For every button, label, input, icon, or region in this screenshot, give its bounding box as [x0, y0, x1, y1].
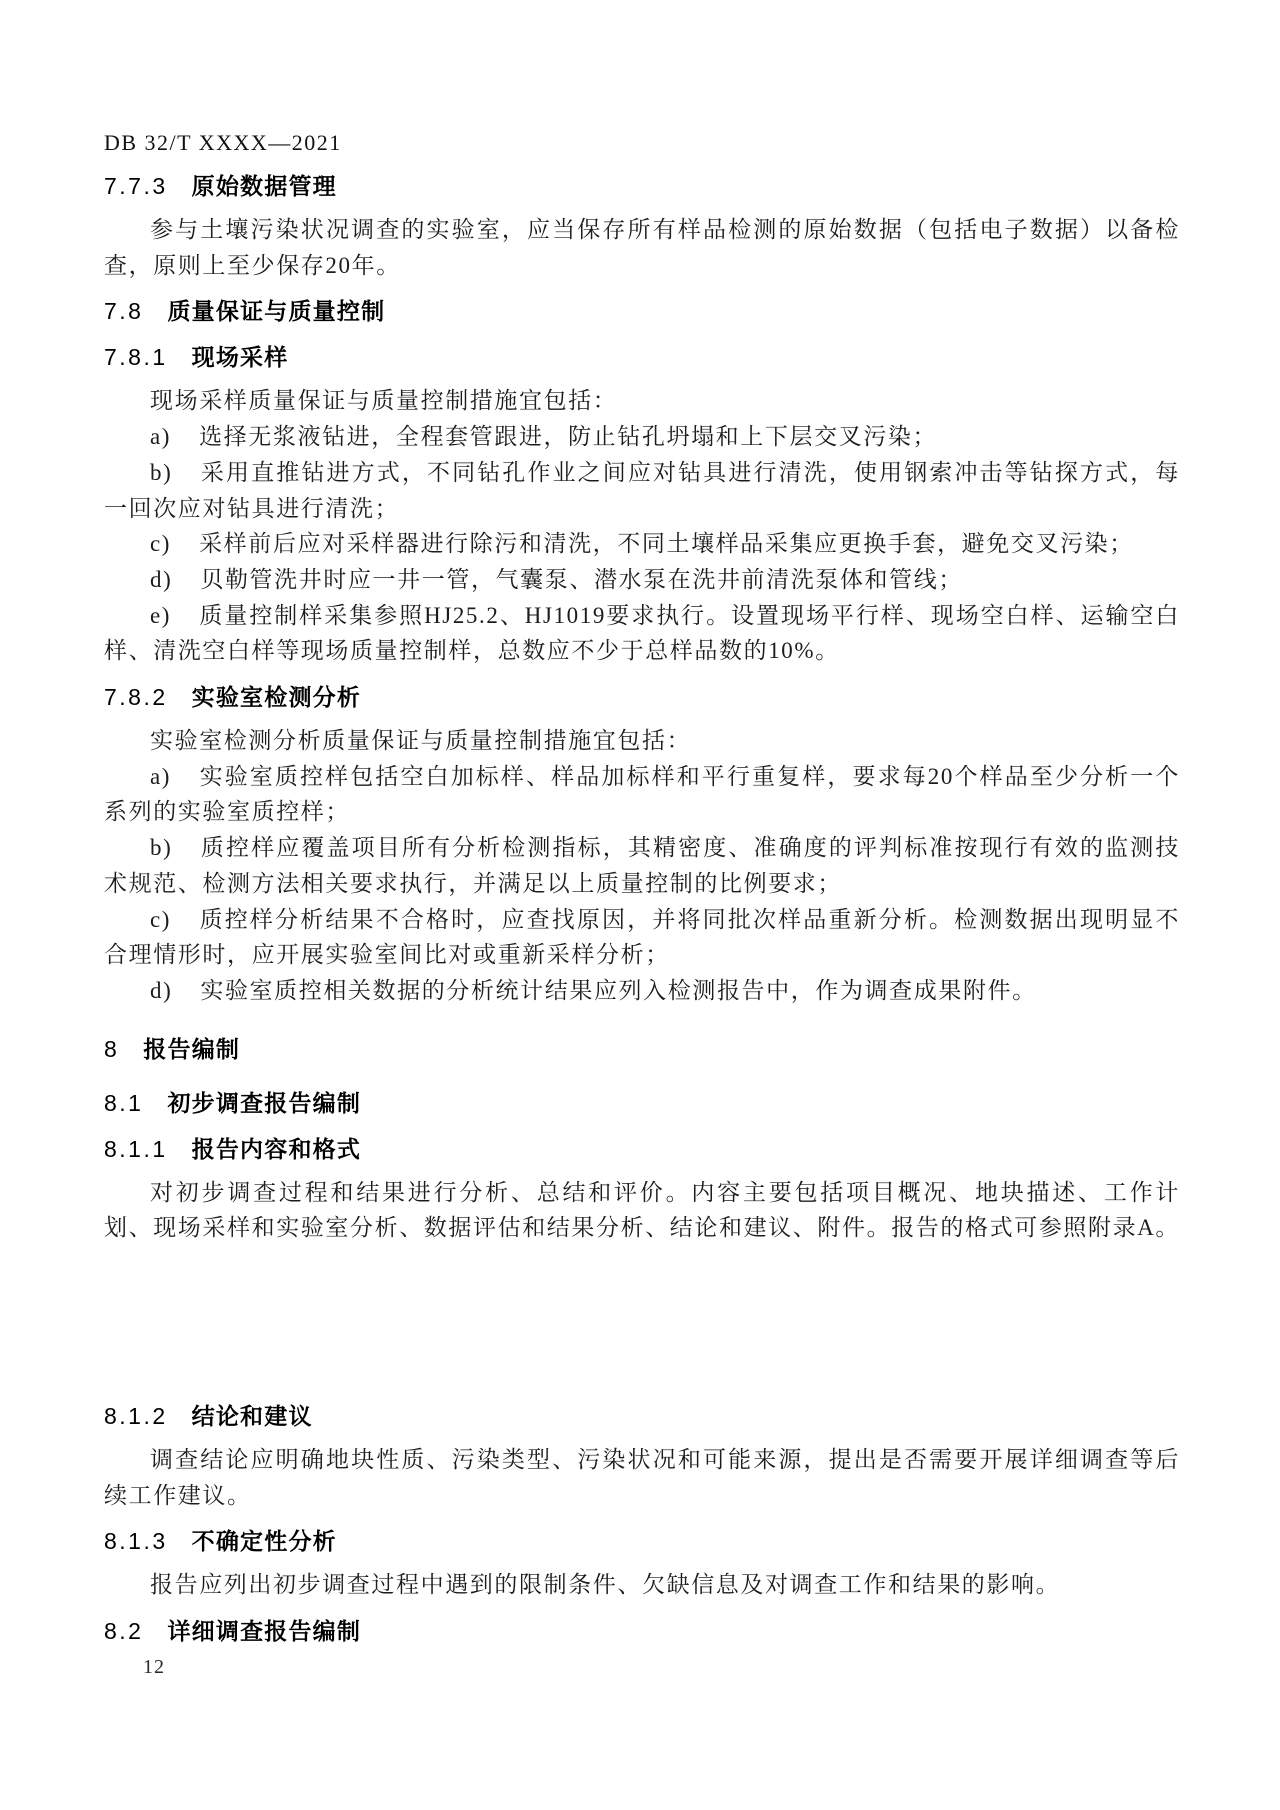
heading-number: 7.8	[104, 298, 143, 324]
list-item-b: b)质控样应覆盖项目所有分析检测指标，其精密度、准确度的评判标准按现行有效的监测…	[104, 830, 1180, 901]
paragraph: 调查结论应明确地块性质、污染类型、污染状况和可能来源，提出是否需要开展详细调查等…	[104, 1442, 1180, 1513]
heading-number: 8.1.1	[104, 1136, 168, 1162]
heading-number: 7.7.3	[104, 173, 168, 199]
heading-title: 报告编制	[143, 1036, 240, 1062]
list-marker: a)	[150, 764, 171, 789]
heading-title: 报告内容和格式	[192, 1136, 361, 1162]
list-item-c: c)质控样分析结果不合格时，应查找原因，并将同批次样品重新分析。检测数据出现明显…	[104, 902, 1180, 973]
heading-title: 结论和建议	[192, 1403, 313, 1429]
list-item-a: a)选择无浆液钻进，全程套管跟进，防止钻孔坍塌和上下层交叉污染；	[104, 419, 1180, 455]
heading-number: 8.1.2	[104, 1403, 168, 1429]
paragraph: 参与土壤污染状况调查的实验室，应当保存所有样品检测的原始数据（包括电子数据）以备…	[104, 212, 1180, 283]
heading-title: 现场采样	[192, 344, 289, 370]
list-marker: c)	[150, 907, 171, 932]
heading-number: 7.8.1	[104, 344, 168, 370]
list-item-c: c)采样前后应对采样器进行除污和清洗，不同土壤样品采集应更换手套，避免交叉污染；	[104, 526, 1180, 562]
list-item-a: a)实验室质控样包括空白加标样、样品加标样和平行重复样，要求每20个样品至少分析…	[104, 759, 1180, 830]
heading-8-2: 8.2详细调查报告编制	[104, 1613, 1180, 1649]
heading-title: 原始数据管理	[192, 173, 337, 199]
heading-7-8-2: 7.8.2实验室检测分析	[104, 679, 1180, 715]
list-marker: a)	[150, 424, 171, 449]
list-item-text: 质控样应覆盖项目所有分析检测指标，其精密度、准确度的评判标准按现行有效的监测技术…	[104, 835, 1180, 896]
paragraph: 对初步调查过程和结果进行分析、总结和评价。内容主要包括项目概况、地块描述、工作计…	[104, 1175, 1180, 1246]
list-item-e: e)质量控制样采集参照HJ25.2、HJ1019要求执行。设置现场平行样、现场空…	[104, 598, 1180, 669]
paragraph: 报告应列出初步调查过程中遇到的限制条件、欠缺信息及对调查工作和结果的影响。	[104, 1567, 1180, 1603]
heading-title: 质量保证与质量控制	[167, 298, 385, 324]
heading-7-8-1: 7.8.1现场采样	[104, 339, 1180, 375]
list-marker: d)	[150, 567, 172, 592]
paragraph-lead-in: 实验室检测分析质量保证与质量控制措施宜包括：	[104, 723, 1180, 759]
list-marker: e)	[150, 603, 171, 628]
heading-8-1-2: 8.1.2结论和建议	[104, 1398, 1180, 1434]
list-marker: b)	[150, 835, 172, 860]
heading-number: 8.1.3	[104, 1528, 168, 1554]
list-item-text: 质控样分析结果不合格时，应查找原因，并将同批次样品重新分析。检测数据出现明显不合…	[104, 907, 1180, 968]
list-item-text: 选择无浆液钻进，全程套管跟进，防止钻孔坍塌和上下层交叉污染；	[199, 424, 937, 449]
heading-title: 实验室检测分析	[192, 684, 361, 710]
list-item-text: 采用直推钻进方式，不同钻孔作业之间应对钻具进行清洗，使用钢索冲击等钻探方式，每一…	[104, 460, 1180, 521]
heading-7-8: 7.8质量保证与质量控制	[104, 293, 1180, 329]
paragraph-lead-in: 现场采样质量保证与质量控制措施宜包括：	[104, 383, 1180, 419]
heading-7-7-3: 7.7.3原始数据管理	[104, 168, 1180, 204]
list-marker: c)	[150, 531, 171, 556]
heading-8-1-3: 8.1.3不确定性分析	[104, 1523, 1180, 1559]
document-page: DB 32/T XXXX—2021 7.7.3原始数据管理 参与土壤污染状况调查…	[0, 0, 1280, 1810]
heading-title: 初步调查报告编制	[167, 1090, 361, 1116]
heading-number: 7.8.2	[104, 684, 168, 710]
list-item-text: 贝勒管洗井时应一井一管，气囊泵、潜水泵在洗井前清洗泵体和管线；	[200, 567, 963, 592]
list-item-text: 质量控制样采集参照HJ25.2、HJ1019要求执行。设置现场平行样、现场空白样…	[104, 603, 1180, 664]
page-number: 12	[143, 1656, 165, 1679]
heading-8-1-1: 8.1.1报告内容和格式	[104, 1131, 1180, 1167]
list-item-b: b)采用直推钻进方式，不同钻孔作业之间应对钻具进行清洗，使用钢索冲击等钻探方式，…	[104, 455, 1180, 526]
heading-number: 8.1	[104, 1090, 143, 1116]
list-item-text: 实验室质控样包括空白加标样、样品加标样和平行重复样，要求每20个样品至少分析一个…	[104, 764, 1180, 825]
list-item-text: 实验室质控相关数据的分析统计结果应列入检测报告中，作为调查成果附件。	[200, 978, 1036, 1003]
standard-number-header: DB 32/T XXXX—2021	[104, 130, 1180, 156]
heading-number: 8.2	[104, 1618, 143, 1644]
list-marker: b)	[150, 460, 172, 485]
heading-title: 详细调查报告编制	[167, 1618, 361, 1644]
heading-number: 8	[104, 1036, 119, 1062]
list-item-text: 采样前后应对采样器进行除污和清洗，不同土壤样品采集应更换手套，避免交叉污染；	[199, 531, 1134, 556]
heading-title: 不确定性分析	[192, 1528, 337, 1554]
list-marker: d)	[150, 978, 172, 1003]
heading-8-1: 8.1初步调查报告编制	[104, 1085, 1180, 1121]
list-item-d: d)实验室质控相关数据的分析统计结果应列入检测报告中，作为调查成果附件。	[104, 973, 1180, 1009]
heading-8: 8报告编制	[104, 1031, 1180, 1067]
list-item-d: d)贝勒管洗井时应一井一管，气囊泵、潜水泵在洗井前清洗泵体和管线；	[104, 562, 1180, 598]
